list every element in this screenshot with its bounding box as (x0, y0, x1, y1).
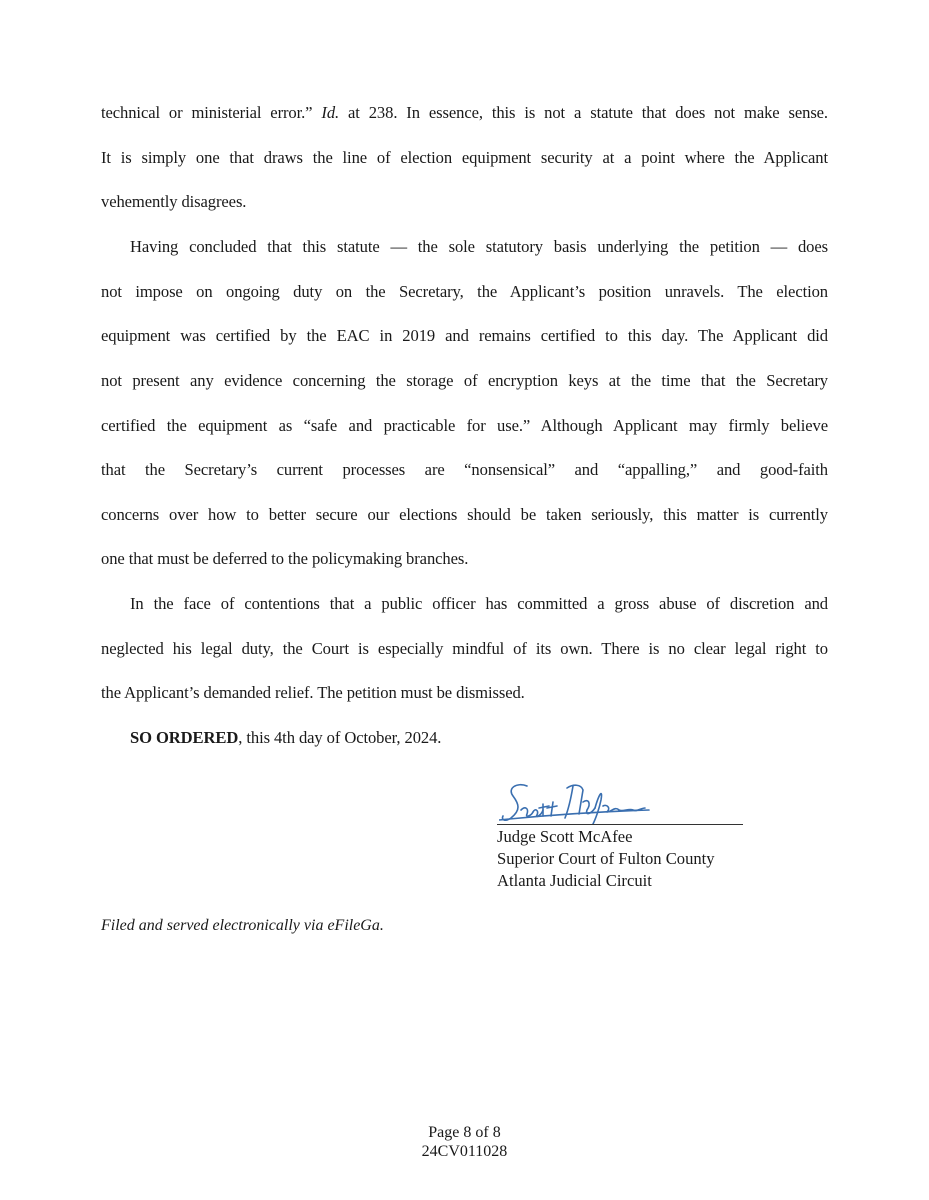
paragraph-1-line-2: It is simply one that draws the line of … (101, 148, 828, 168)
paragraph-1-line-1: technical or ministerial error.” Id. at … (101, 103, 828, 123)
paragraph-2-line-6: that the Secretary’s current processes a… (101, 460, 828, 480)
handwritten-signature-icon (499, 780, 659, 828)
so-ordered-line: SO ORDERED, this 4th day of October, 202… (101, 728, 828, 748)
so-ordered-date: , this 4th day of October, 2024. (238, 728, 441, 747)
case-number: 24CV011028 (0, 1142, 929, 1161)
court-name: Superior Court of Fulton County (497, 848, 715, 870)
judicial-circuit: Atlanta Judicial Circuit (497, 870, 652, 892)
paragraph-3-line-2: neglected his legal duty, the Court is e… (101, 639, 828, 659)
paragraph-2-line-2: not impose on ongoing duty on the Secret… (101, 282, 828, 302)
paragraph-3-line-1: In the face of contentions that a public… (101, 594, 828, 614)
filing-note: Filed and served electronically via eFil… (101, 917, 384, 935)
paragraph-2-line-1: Having concluded that this statute — the… (101, 237, 828, 257)
text-span: at 238. In essence, this is not a statut… (339, 103, 828, 122)
paragraph-2-line-4: not present any evidence concerning the … (101, 371, 828, 391)
judge-name: Judge Scott McAfee (497, 826, 632, 848)
paragraph-3-line-3: the Applicant’s demanded relief. The pet… (101, 683, 828, 703)
paragraph-2-line-7: concerns over how to better secure our e… (101, 505, 828, 525)
signature-line (497, 824, 743, 825)
paragraph-2-line-5: certified the equipment as “safe and pra… (101, 416, 828, 436)
document-page: technical or ministerial error.” Id. at … (0, 0, 929, 1200)
paragraph-2-line-8: one that must be deferred to the policym… (101, 549, 828, 569)
citation-id: Id. (321, 103, 339, 122)
paragraph-2-line-3: equipment was certified by the EAC in 20… (101, 326, 828, 346)
page-number: Page 8 of 8 (0, 1123, 929, 1142)
so-ordered-label: SO ORDERED (130, 728, 238, 747)
paragraph-1-line-3: vehemently disagrees. (101, 192, 828, 212)
text-span: technical or ministerial error.” (101, 103, 321, 122)
